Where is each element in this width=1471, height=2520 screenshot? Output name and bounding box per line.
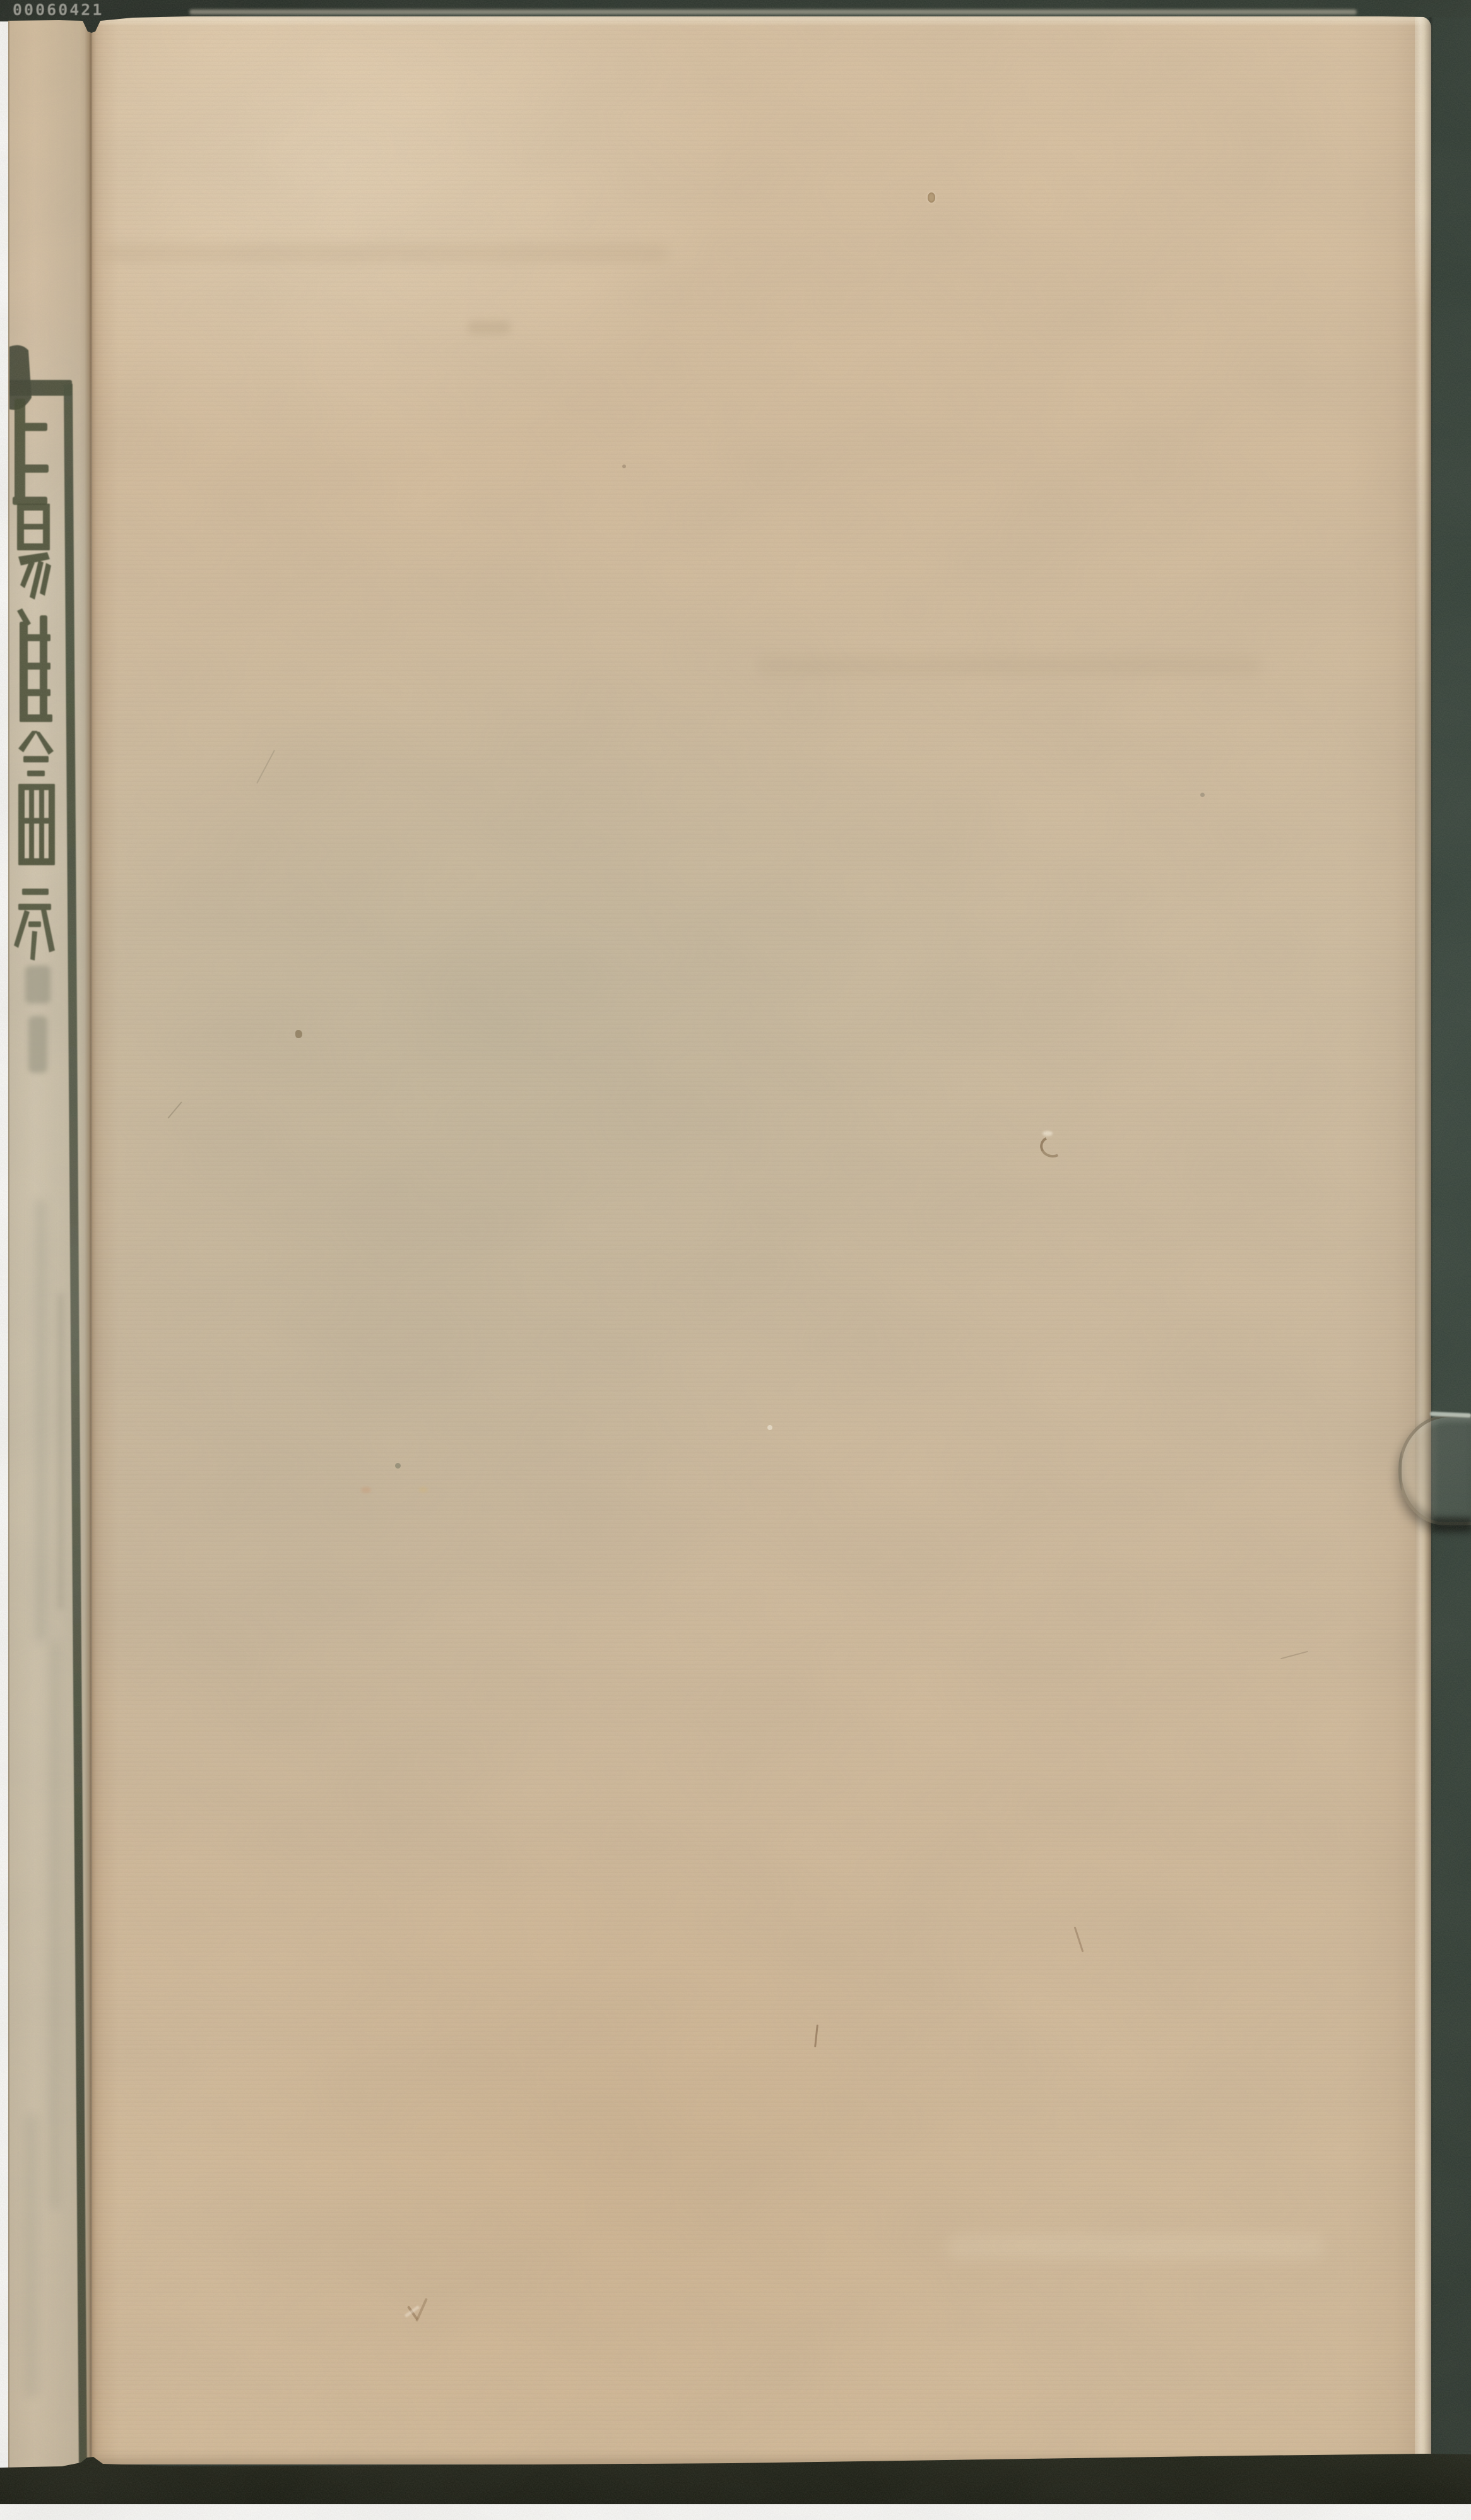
- page-top-edge-highlight: [189, 9, 1357, 15]
- book-holder-clip-shadow: [1433, 1518, 1471, 1532]
- scan-margin-left: [0, 21, 9, 2520]
- title-character-glyph-2: [17, 504, 51, 600]
- blank-book-page: [92, 16, 1431, 2464]
- title-character-glyph-4: [18, 731, 55, 865]
- title-character-glyph-5: [14, 889, 55, 961]
- page-fore-edge: [1415, 16, 1431, 2464]
- title-frame-and-characters: [9, 19, 93, 2469]
- page-gutter-crease: [85, 16, 96, 2465]
- title-character-glyph-1: [13, 399, 49, 505]
- scanned-book-photo: 周 易 雜 論 卷: [0, 0, 1471, 2520]
- previous-page-edge: 周 易 雜 論 卷: [8, 19, 93, 2469]
- title-character-glyph-3: [17, 608, 52, 722]
- scan-margin-bottom: [0, 2504, 1471, 2520]
- scan-id-stamp: 00060421: [13, 1, 103, 19]
